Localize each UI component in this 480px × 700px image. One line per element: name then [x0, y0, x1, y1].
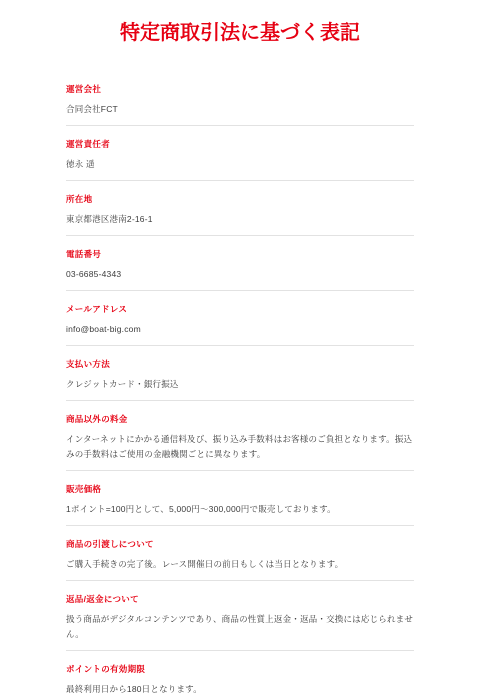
legal-notice-page: 特定商取引法に基づく表記 運営会社 合同会社FCT 運営責任者 徳永 遥 所在地… — [0, 0, 480, 700]
section-heading: 商品の引渡しについて — [66, 538, 414, 550]
section-body: ご購入手続きの完了後。レース開催日の前日もしくは当日となります。 — [66, 557, 414, 572]
page-title: 特定商取引法に基づく表記 — [0, 21, 480, 45]
section-operating-company: 運営会社 合同会社FCT — [66, 71, 414, 126]
content-container: 運営会社 合同会社FCT 運営責任者 徳永 遥 所在地 東京都港区港南2-16-… — [66, 71, 414, 700]
section-body: 東京都港区港南2-16-1 — [66, 212, 414, 227]
section-delivery: 商品の引渡しについて ご購入手続きの完了後。レース開催日の前日もしくは当日となり… — [66, 526, 414, 581]
section-heading: ポイントの有効期限 — [66, 663, 414, 675]
section-body: 最終利用日から180日となります。 — [66, 682, 414, 697]
section-payment-method: 支払い方法 クレジットカード・銀行振込 — [66, 346, 414, 401]
section-heading: 運営責任者 — [66, 138, 414, 150]
section-heading: 運営会社 — [66, 83, 414, 95]
section-point-expiry: ポイントの有効期限 最終利用日から180日となります。 — [66, 651, 414, 700]
section-extra-fees: 商品以外の料金 インターネットにかかる通信料及び、振り込み手数料はお客様のご負担… — [66, 401, 414, 471]
section-returns-refunds: 返品/返金について 扱う商品がデジタルコンテンツであり、商品の性質上返金・返品・… — [66, 581, 414, 651]
section-heading: 商品以外の料金 — [66, 413, 414, 425]
section-body: info@boat-big.com — [66, 322, 414, 337]
section-email: メールアドレス info@boat-big.com — [66, 291, 414, 346]
section-body: 合同会社FCT — [66, 102, 414, 117]
section-body: 徳永 遥 — [66, 157, 414, 172]
section-heading: 電話番号 — [66, 248, 414, 260]
section-body: 03-6685-4343 — [66, 267, 414, 282]
section-sales-price: 販売価格 1ポイント=100円として、5,000円〜300,000円で販売してお… — [66, 471, 414, 526]
section-heading: メールアドレス — [66, 303, 414, 315]
section-phone: 電話番号 03-6685-4343 — [66, 236, 414, 291]
section-manager: 運営責任者 徳永 遥 — [66, 126, 414, 181]
section-heading: 返品/返金について — [66, 593, 414, 605]
section-body: 扱う商品がデジタルコンテンツであり、商品の性質上返金・返品・交換には応じられませ… — [66, 612, 414, 642]
section-body: インターネットにかかる通信料及び、振り込み手数料はお客様のご負担となります。振込… — [66, 432, 414, 462]
section-heading: 販売価格 — [66, 483, 414, 495]
section-body: クレジットカード・銀行振込 — [66, 377, 414, 392]
section-heading: 支払い方法 — [66, 358, 414, 370]
section-address: 所在地 東京都港区港南2-16-1 — [66, 181, 414, 236]
section-heading: 所在地 — [66, 193, 414, 205]
section-body: 1ポイント=100円として、5,000円〜300,000円で販売しております。 — [66, 502, 414, 517]
